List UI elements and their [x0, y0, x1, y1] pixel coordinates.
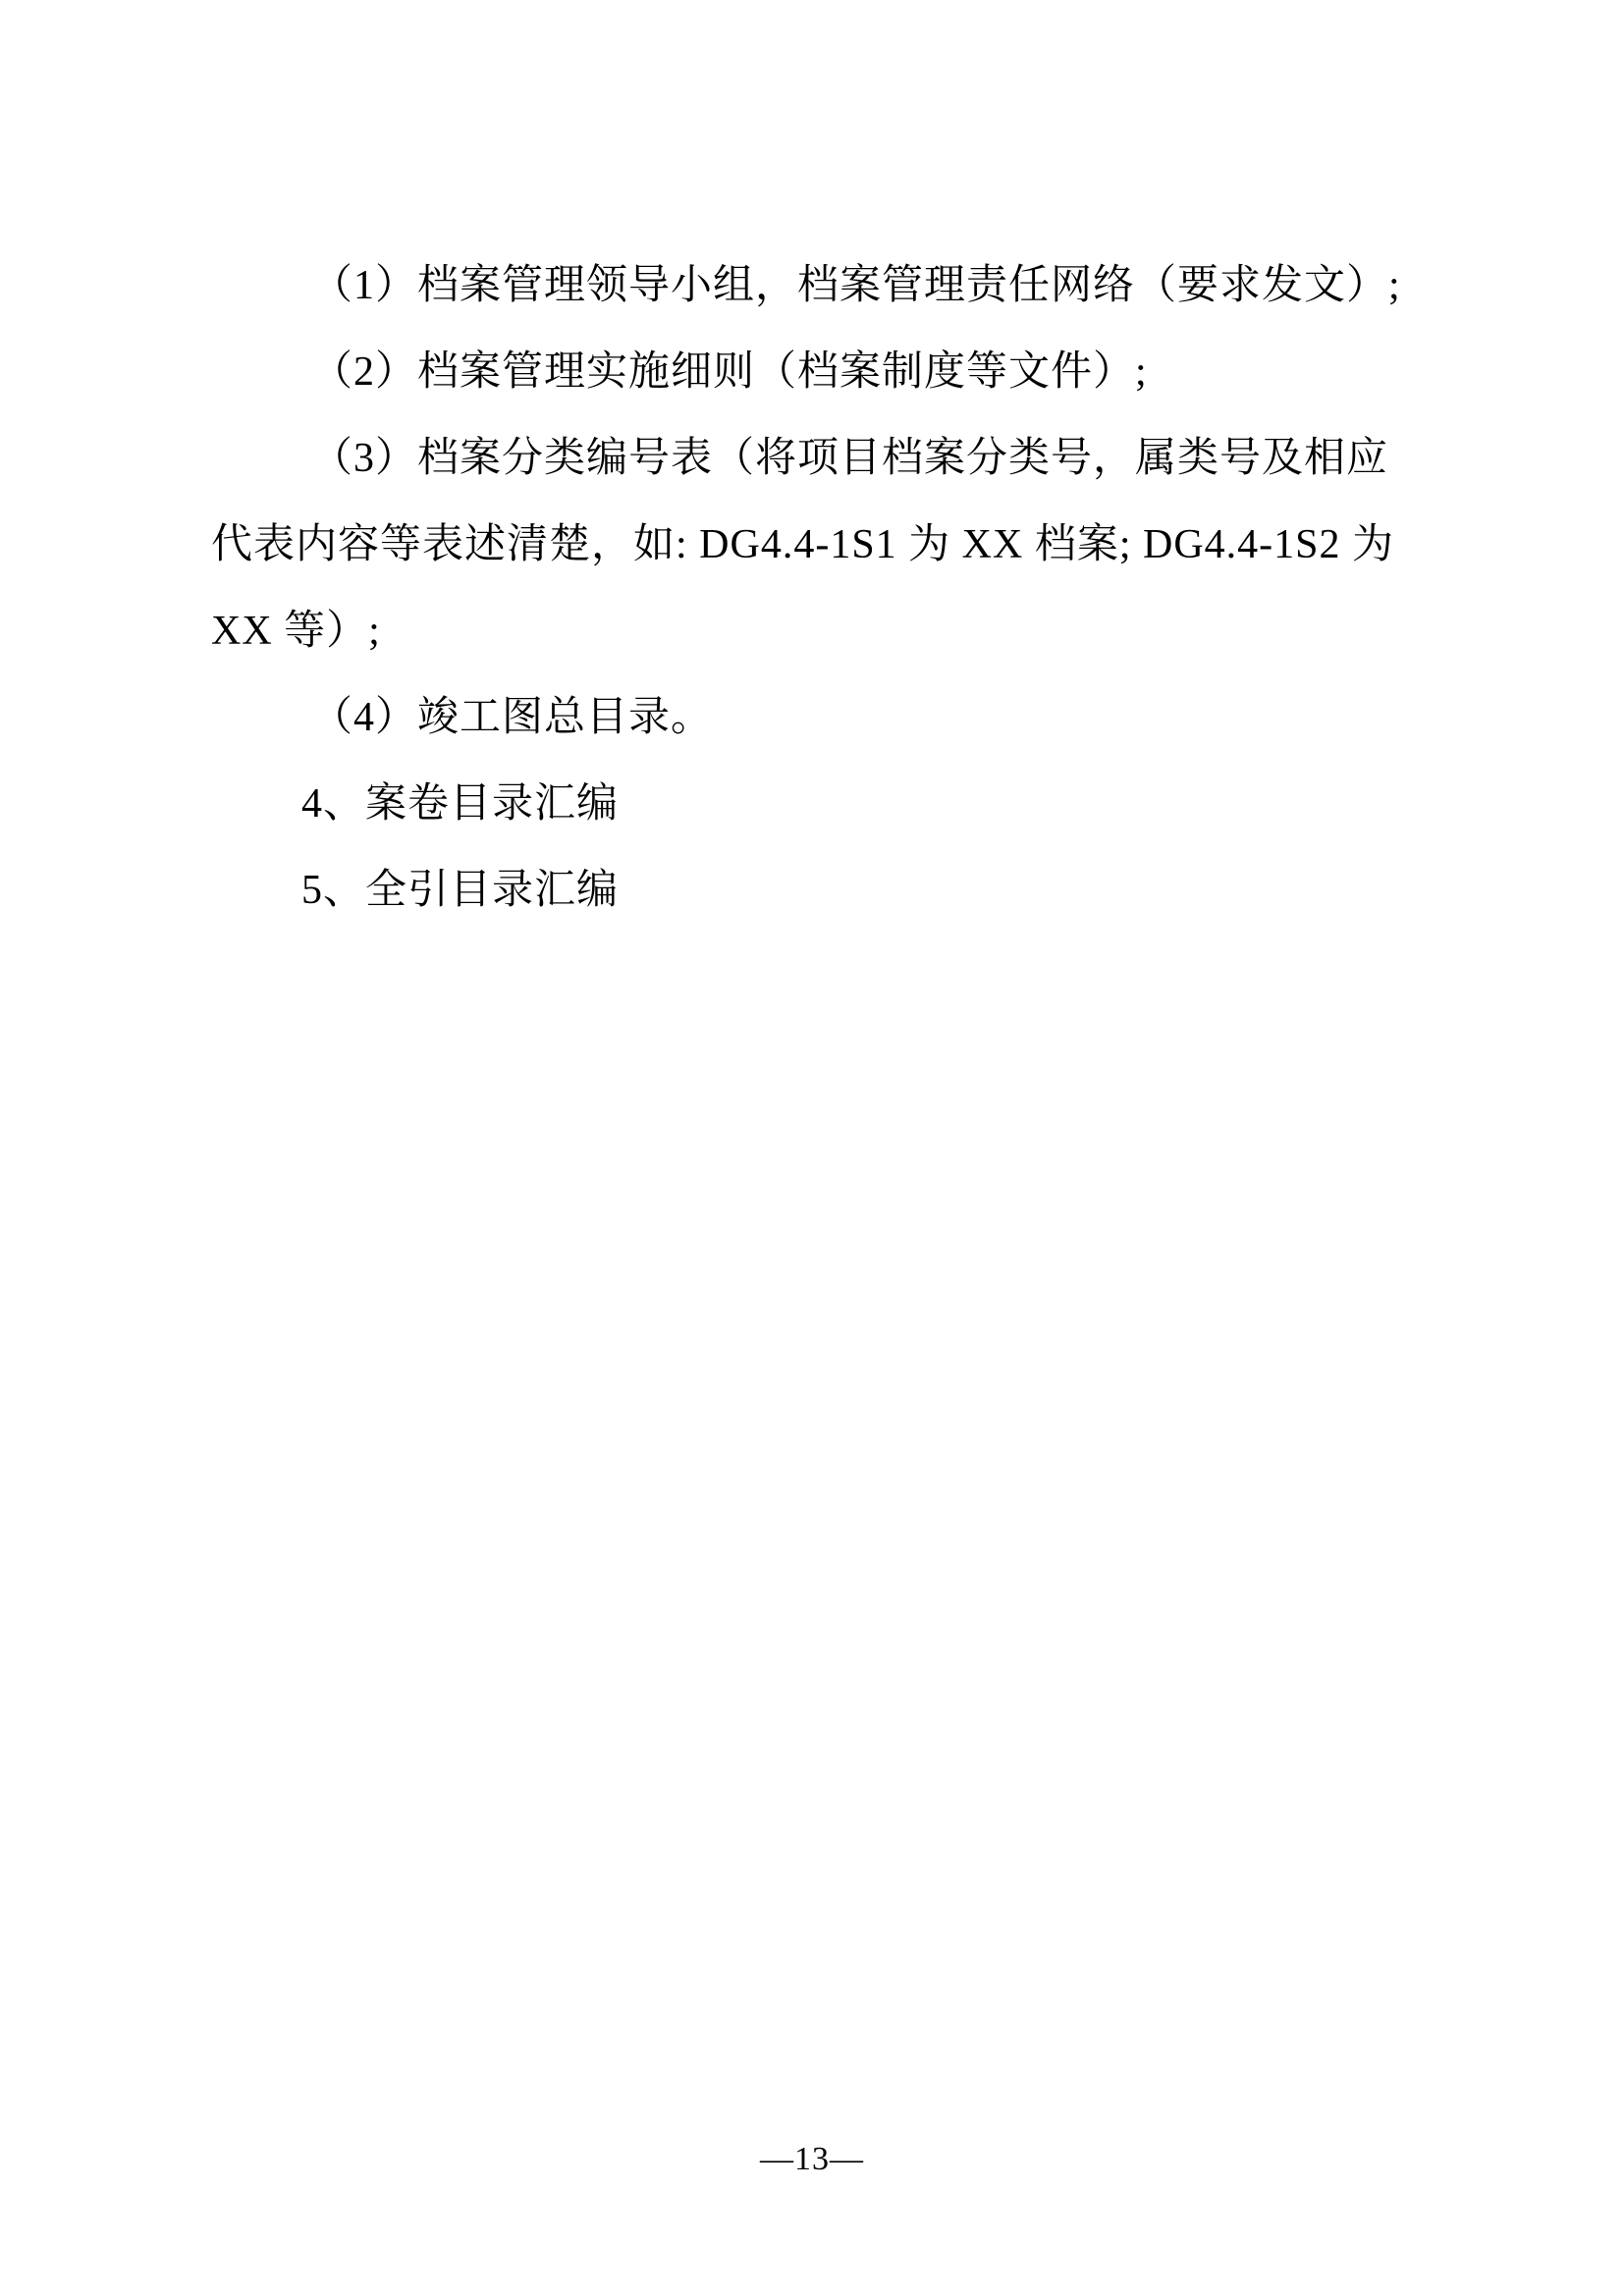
list-item-3-line-3: XX 等）;	[211, 588, 1424, 674]
section-heading-5: 5、全引目录汇编	[211, 847, 1424, 934]
section-heading-4: 4、案卷目录汇编	[211, 761, 1424, 847]
list-item-3-line-1: （3）档案分类编号表（将项目档案分类号，属类号及相应	[211, 415, 1424, 502]
document-page: （1）档案管理领导小组，档案管理责任网络（要求发文）; （2）档案管理实施细则（…	[0, 0, 1624, 2296]
list-item-3-line-2: 代表内容等表述清楚，如: DG4.4-1S1 为 XX 档案; DG4.4-1S…	[211, 502, 1424, 588]
list-item-2: （2）档案管理实施细则（档案制度等文件）;	[211, 329, 1424, 415]
document-body: （1）档案管理领导小组，档案管理责任网络（要求发文）; （2）档案管理实施细则（…	[211, 242, 1424, 934]
list-item-4: （4）竣工图总目录。	[211, 674, 1424, 761]
page-number: —13—	[0, 2138, 1624, 2181]
list-item-1: （1）档案管理领导小组，档案管理责任网络（要求发文）;	[211, 242, 1424, 329]
